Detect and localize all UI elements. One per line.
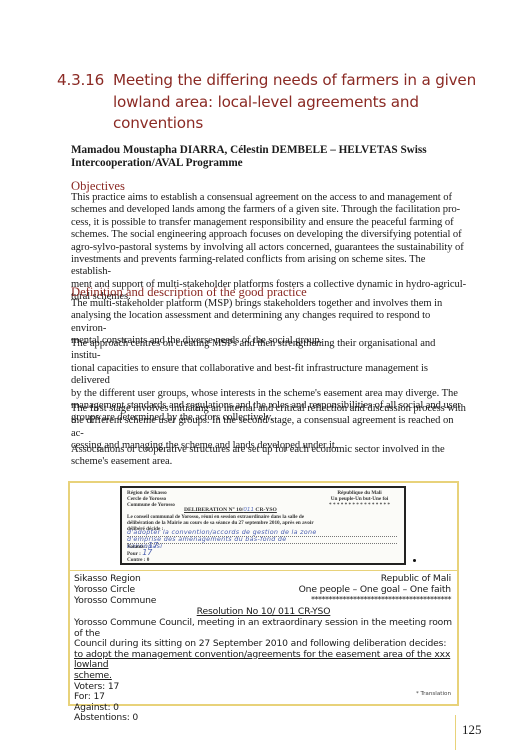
text-line: schemes. The social engineering approach… (71, 229, 467, 241)
authors-line: Mamadou Moustapha DIARRA, Célestin DEMBE… (71, 144, 471, 157)
scan-delib-handwritten: 011 (243, 507, 254, 513)
translation-decision-line: scheme. (74, 671, 454, 682)
translation-body-line: Yorosso Commune Council, meeting in an e… (74, 618, 454, 639)
text-line: investments and prevents farming-related… (71, 254, 467, 279)
scan-header-left: Région de Sikasso Cercle de Yorosso Comm… (127, 490, 175, 508)
scan-vote-row: Abstention : 0 (127, 563, 158, 565)
scan-delib-prefix: DELIBERATION N° 10/ (184, 507, 243, 513)
text-line: cess, it is possible to transfer managem… (71, 217, 467, 229)
text-line: by the different user groups, whose inte… (71, 388, 467, 400)
text-line: The approach centres on creating MSPs an… (71, 338, 467, 363)
authors-line: Intercooperation/AVAL Programme (71, 157, 471, 170)
translation-republic: Republic of Mali (381, 574, 451, 585)
definition-heading: Definition and description of the good p… (71, 285, 307, 299)
translation-body: Yorosso Commune Council, meeting in an e… (74, 618, 454, 724)
scan-votes: Votants : 17 Pour : 17 Contre : 0 Absten… (127, 543, 158, 565)
scan-vote-value: 17 (142, 548, 152, 557)
scan-commune: Commune de Yorosso (127, 502, 175, 508)
section-title-text: Meeting the differing needs of farmers i… (113, 70, 477, 135)
scan-handwritten-decision: d'adopter la convention/accords de gesti… (127, 529, 397, 550)
figure-divider (70, 570, 457, 571)
definition-paragraph-4: Associations or cooperative structures a… (71, 444, 467, 469)
text-line: scheme's easement area. (71, 456, 467, 468)
translation-stars: **************************************** (311, 595, 451, 606)
translation-region: Sikasso Region (74, 574, 141, 585)
translation-commune: Yorosso Commune (74, 596, 156, 607)
scan-vote-label: Abstention : (127, 563, 154, 565)
translation-circle: Yorosso Circle (74, 585, 135, 596)
bullet-marker (413, 559, 416, 562)
title-line: conventions (113, 113, 477, 135)
scan-dotted-line (127, 543, 397, 544)
text-line: The multi-stakeholder platform (MSP) bri… (71, 298, 467, 310)
translation-resolution-number: Resolution No 10/ 011 CR-YSO (70, 607, 457, 618)
scan-stars: * * * * * * * * * * * * * * * * (329, 502, 390, 508)
scanned-deliberation-image: Région de Sikasso Cercle de Yorosso Comm… (120, 486, 406, 565)
text-line: The first stage involves initiating an i… (71, 403, 467, 415)
section-title: 4.3.16 Meeting the differing needs of fa… (57, 70, 477, 135)
objectives-heading: Objectives (71, 179, 125, 193)
text-line: schemes and developed lands among the fa… (71, 204, 467, 216)
translation-note: * Translation (416, 691, 451, 697)
scan-deliberation-number: DELIBERATION N° 10/011 CR-YSO (184, 507, 277, 513)
scan-header-right: République du Mali Un peuple-Un but-Une … (329, 490, 390, 508)
text-line: the different scheme user groups. In the… (71, 415, 467, 440)
scan-vote-value: 0 (156, 563, 159, 565)
translation-decision-line: to adopt the management convention/agree… (74, 650, 454, 671)
translation-motto: One people – One goal – One faith (299, 585, 451, 596)
scan-hand-line: d'emprise des aménagements du bas-fond d… (127, 536, 397, 543)
scan-vote-row: Pour : 17 (127, 550, 158, 557)
title-line: lowland area: local-level agreements and (113, 92, 477, 114)
text-line: analysing the location assessment and de… (71, 310, 467, 335)
text-line: agro-sylvo-pastoral systems by involving… (71, 242, 467, 254)
page-number-rule (455, 715, 456, 750)
section-number: 4.3.16 (57, 70, 104, 92)
text-line: Associations or cooperative structures a… (71, 444, 467, 456)
scan-dotted-line (127, 536, 397, 537)
translation-vote: For: 17 (74, 692, 454, 703)
scan-hand-line: Kakonpasi (127, 543, 397, 550)
text-line: tional capacities to ensure that collabo… (71, 363, 467, 388)
scan-delib-suffix: CR-YSO (254, 507, 277, 513)
translation-vote: Voters: 17 (74, 682, 454, 693)
resolution-figure: Région de Sikasso Cercle de Yorosso Comm… (68, 481, 459, 706)
page-number: 125 (462, 722, 482, 738)
text-line: This practice aims to establish a consen… (71, 192, 467, 204)
title-line: Meeting the differing needs of farmers i… (113, 70, 477, 92)
authors: Mamadou Moustapha DIARRA, Célestin DEMBE… (71, 144, 471, 170)
translation-vote: Abstentions: 0 (74, 713, 454, 724)
